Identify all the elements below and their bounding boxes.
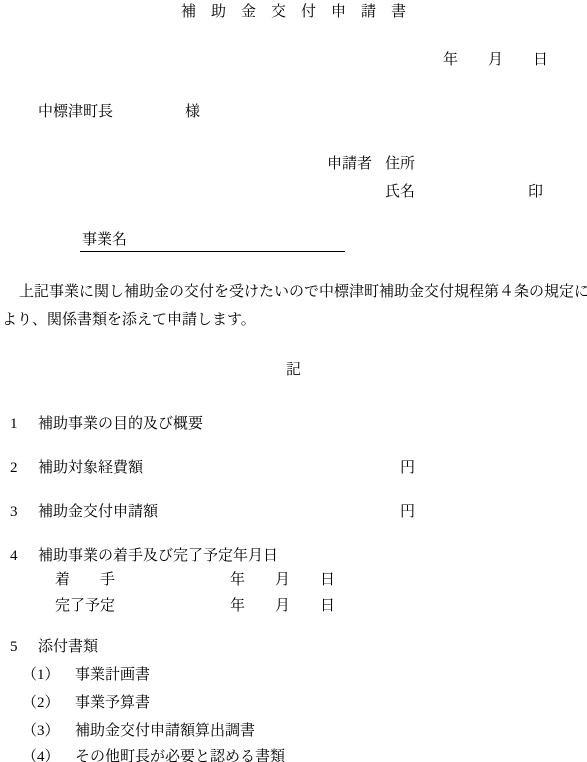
item-4-label: 補助事業の着手及び完了予定年月日 [38,548,278,564]
attachment-3-number: （3） [22,723,60,739]
document-title: 補 助 金 交 付 申 請 書 [0,4,587,20]
item-1-number: 1 [10,416,18,432]
attachment-1-label: 事業計画書 [75,667,150,683]
item-3-label: 補助金交付申請額 [38,504,158,520]
attachment-1-number: （1） [22,667,60,683]
applicant-label: 申請者 [327,156,372,172]
addressee-name: 中標津町長 [38,104,113,120]
schedule-end-date-blanks: 年 月 日 [230,598,335,614]
applicant-name-label: 氏名 [385,184,415,200]
item-3-number: 3 [10,504,18,520]
document-page: 補 助 金 交 付 申 請 書 年 月 日 中標津町長 様 申請者 住所 氏名 … [0,0,587,762]
applicant-address-label: 住所 [385,156,415,172]
item-3-amount-unit: 円 [400,504,415,520]
item-2-number: 2 [10,460,18,476]
attachment-2-number: （2） [22,695,60,711]
schedule-start-date-blanks: 年 月 日 [230,572,335,588]
issue-date-blanks: 年 月 日 [443,52,548,68]
project-name-label: 事業名 [82,232,127,248]
schedule-start-label: 着 手 [55,572,115,588]
schedule-end-label: 完了予定 [55,598,115,614]
seal-label: 印 [528,184,543,200]
item-4-number: 4 [10,548,18,564]
attachment-3-label: 補助金交付申請額算出調書 [75,723,255,739]
item-2-label: 補助対象経費額 [38,460,143,476]
body-paragraph-line-2: より、関係書類を添えて申請します。 [2,312,256,328]
attachment-4-label: その他町長が必要と認める書類 [75,749,285,762]
body-paragraph-line-1: 上記事業に関し補助金の交付を受けたいので中標津町補助金交付規程第４条の規定に [4,284,587,300]
attachment-4-number: （4） [22,749,60,762]
item-5-label: 添付書類 [38,639,98,655]
item-2-amount-unit: 円 [400,460,415,476]
addressee-honorific: 様 [185,104,200,120]
item-1-label: 補助事業の目的及び概要 [38,416,203,432]
attachment-2-label: 事業予算書 [75,695,150,711]
item-5-number: 5 [10,639,18,655]
notice-heading: 記 [0,362,587,378]
